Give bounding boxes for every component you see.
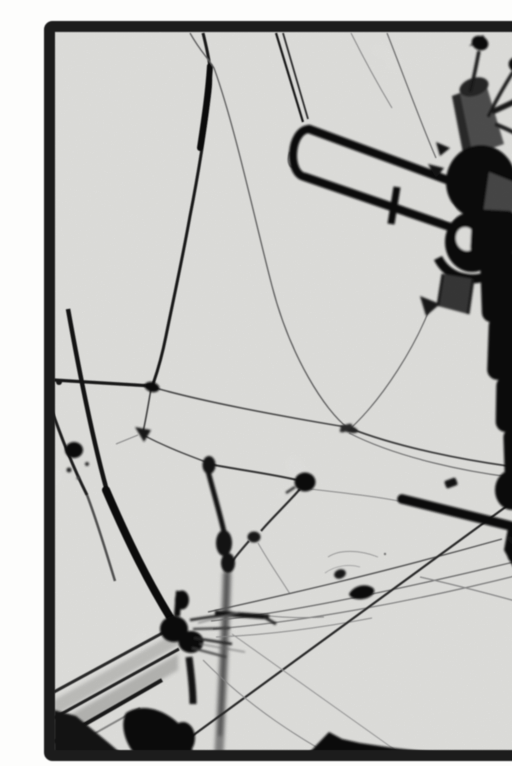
- photo-canvas: [40, 16, 512, 750]
- photograph: [40, 16, 512, 750]
- print-mottle-overlay: [54, 32, 512, 750]
